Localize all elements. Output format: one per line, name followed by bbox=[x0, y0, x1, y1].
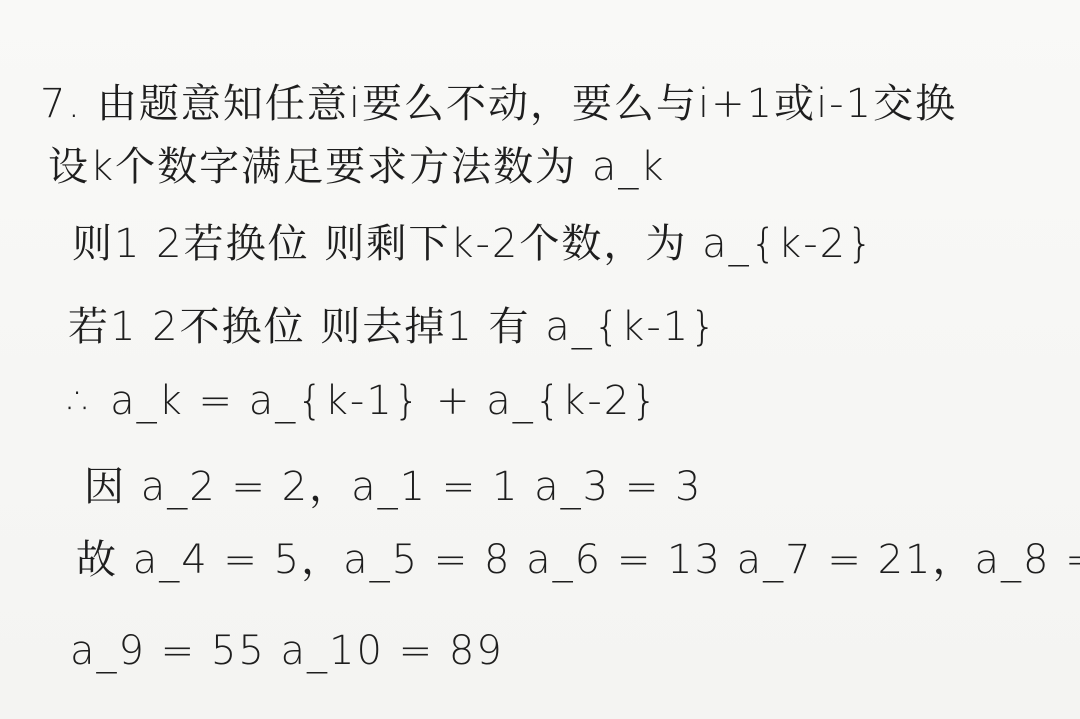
line-7: 故 a_4 = 5，a_5 = 8 a_6 = 13 a_7 = 21，a_8 … bbox=[76, 528, 1080, 585]
line-1: 7. 由题意知任意i要么不动，要么与i+1或i-1交换 bbox=[40, 72, 957, 129]
line-8: a_9 = 55 a_10 = 89 bbox=[70, 628, 504, 674]
line-5: ∴ a_k = a_{k-1} + a_{k-2} bbox=[68, 378, 659, 424]
line-2: 设k个数字满足要求方法数为 a_k bbox=[48, 135, 666, 192]
line-3: 则1 2若换位 则剩下k-2个数，为 a_{k-2} bbox=[72, 212, 875, 269]
line-4: 若1 2不换位 则去掉1 有 a_{k-1} bbox=[68, 295, 718, 352]
line-6: 因 a_2 = 2，a_1 = 1 a_3 = 3 bbox=[84, 455, 703, 512]
